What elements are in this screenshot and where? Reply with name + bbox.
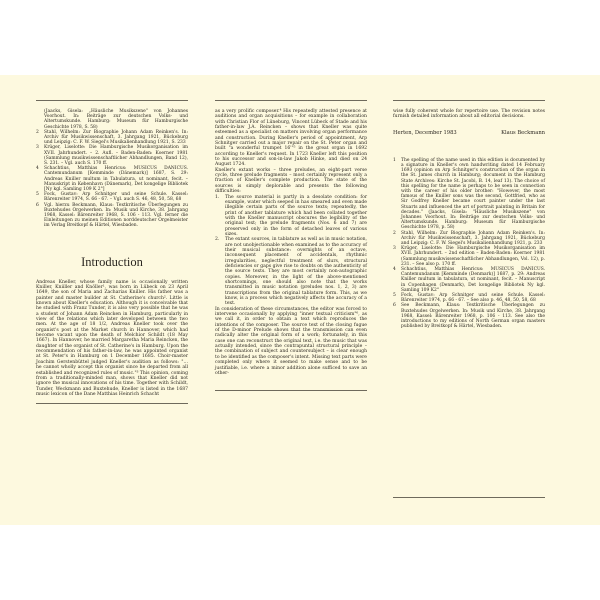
body-paragraph: Kneller's extant works – three preludes,…	[215, 168, 367, 195]
list-item: 1. The source material is partly in a de…	[215, 195, 367, 238]
bottom-rule	[36, 403, 188, 404]
body-paragraph: In consideration of these circumstances,…	[215, 307, 367, 376]
top-rule	[215, 100, 367, 101]
reference-item: 5 Fock, Gustav: Arp Schnitger und seine …	[36, 192, 188, 202]
bottom-rule	[215, 390, 367, 391]
footnote-item: 2 Stahl, Wilhelm: Zur Biographie Johann …	[393, 231, 545, 247]
reference-item: 4 Schachtius, Matthias Henricus: MUSICUS…	[36, 166, 188, 192]
document-page: (Jaacks, Gisela: „Häusliche Musikszene" …	[0, 75, 600, 525]
place-date: Herten, December 1983	[393, 130, 457, 136]
section-heading: Introduction	[36, 255, 188, 270]
footnote-item: 1 The spelling of the name used in this …	[393, 158, 545, 231]
column-3: wise fully coherent whole for repertoire…	[393, 75, 545, 329]
column-2: as a very prolific composer.⁴ His repeat…	[215, 75, 367, 391]
references-list: (Jaacks, Gisela: „Häusliche Musikszene" …	[36, 109, 188, 229]
intro-paragraph: Andreas Kneller, whose family name is oc…	[36, 280, 188, 398]
list-item: 2. The extant sources, in tablature as w…	[215, 237, 367, 306]
footnotes-list: 1 The spelling of the name used in this …	[393, 158, 545, 330]
body-paragraph: wise fully coherent whole for repertoire…	[393, 109, 545, 120]
reference-item: (Jaacks, Gisela: „Häusliche Musikszene" …	[36, 109, 188, 130]
difficulties-list: 1. The source material is partly in a de…	[215, 195, 367, 307]
footnote-item: 4 Schachtius, Matthias Henricus: MUSICUS…	[393, 267, 545, 293]
reference-item: 6 Vgl. hierzu Beckmann, Klaus: Textkriti…	[36, 203, 188, 229]
column-1: (Jaacks, Gisela: „Häusliche Musikszene" …	[36, 75, 188, 404]
footnote-item: 3 Krüger, Liselotte: Die Hamburgische Mu…	[393, 246, 545, 267]
reference-item: 2 Stahl, Wilhelm: Zur Biographie Johann …	[36, 130, 188, 146]
author-name: Klaus Beckmann	[501, 130, 545, 136]
reference-item: 3 Krüger, Liselotte: Die Hamburgische Mu…	[36, 145, 188, 166]
body-paragraph: as a very prolific composer.⁴ His repeat…	[215, 109, 367, 168]
footnote-item: 6 See Beckmann, Klaus: Textkritische Übe…	[393, 303, 545, 329]
signature-line: Herten, December 1983 Klaus Beckmann	[393, 130, 545, 136]
top-rule	[393, 100, 545, 101]
bottom-rule	[393, 497, 545, 498]
footnote-item: 5 Fock, Gustav: Arp Schnitger und seine …	[393, 293, 545, 303]
top-rule	[36, 100, 188, 101]
